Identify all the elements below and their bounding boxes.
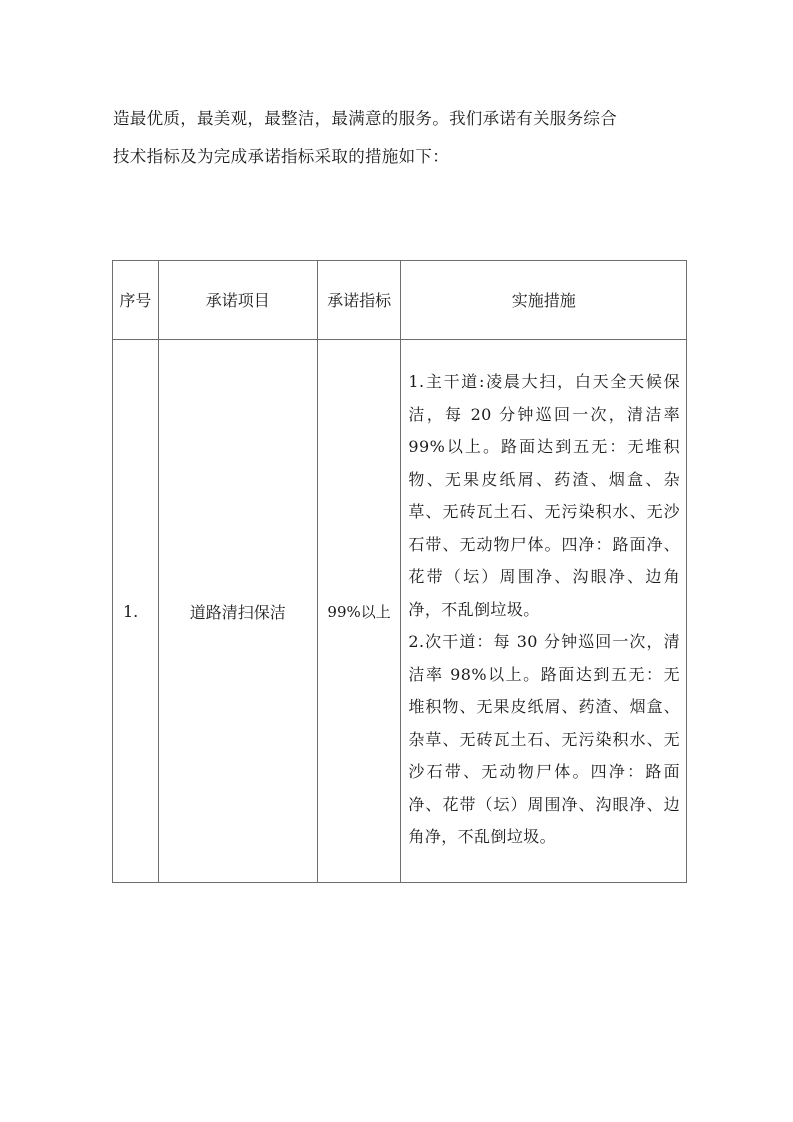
table-row: 1. 道路清扫保洁 99%以上 1.主干道:凌晨大扫，白天全天候保洁，每 20 … xyxy=(113,340,687,883)
intro-line-2: 技术指标及为完成承诺指标采取的措施如下： xyxy=(113,138,693,176)
header-measures: 实施措施 xyxy=(401,261,687,340)
cell-item: 道路清扫保洁 xyxy=(158,340,317,883)
measure-secondary-road: 2.次干道：每 30 分钟巡回一次，清洁率 98%以上。路面达到五无：无堆积物、… xyxy=(408,626,680,854)
cell-indicator: 99%以上 xyxy=(317,340,401,883)
header-no: 序号 xyxy=(113,261,159,340)
cell-measures: 1.主干道:凌晨大扫，白天全天候保洁，每 20 分钟巡回一次，清洁率 99%以上… xyxy=(401,340,687,883)
header-item: 承诺项目 xyxy=(158,261,317,340)
header-indicator: 承诺指标 xyxy=(317,261,401,340)
commitment-table: 序号 承诺项目 承诺指标 实施措施 1. 道路清扫保洁 99%以上 1.主干道:… xyxy=(112,260,687,883)
measure-main-road: 1.主干道:凌晨大扫，白天全天候保洁，每 20 分钟巡回一次，清洁率 99%以上… xyxy=(408,366,680,626)
cell-no: 1. xyxy=(113,340,159,883)
intro-line-1: 造最优质，最美观，最整洁，最满意的服务。我们承诺有关服务综合 xyxy=(113,100,693,138)
table-header-row: 序号 承诺项目 承诺指标 实施措施 xyxy=(113,261,687,340)
intro-paragraph: 造最优质，最美观，最整洁，最满意的服务。我们承诺有关服务综合 技术指标及为完成承… xyxy=(113,100,693,176)
